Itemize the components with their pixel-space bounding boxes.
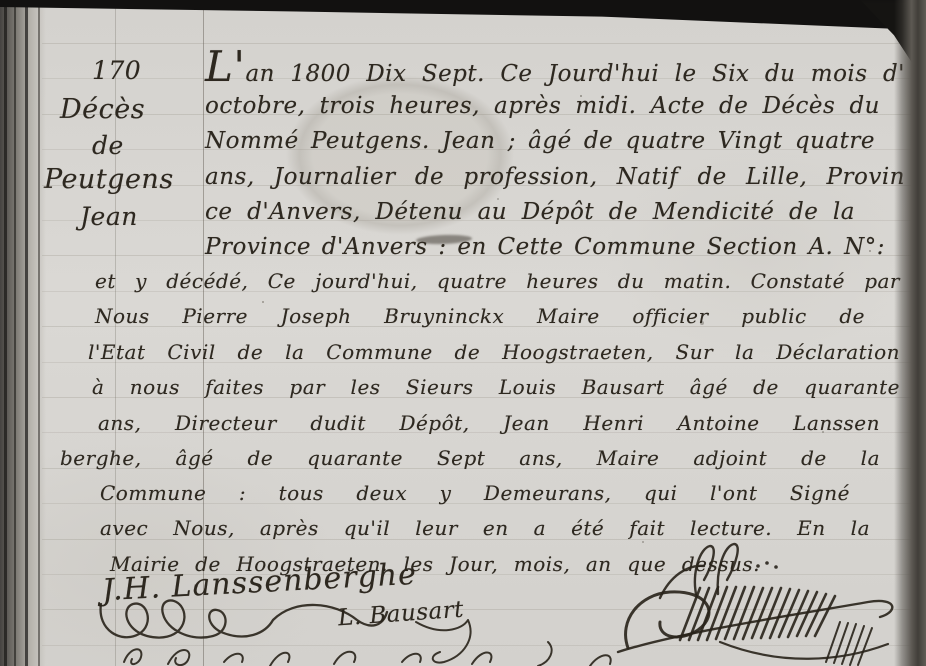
record-line-8: Nous Pierre Joseph Bruyninckx Maire offi… [95, 305, 865, 328]
margin-word-de: de [92, 132, 124, 161]
record-line-11: ans, Directeur dudit Dépôt, Jean Henri A… [98, 412, 880, 435]
record-line-7: et y décédé, Ce jourd'hui, quatre heures… [95, 270, 900, 293]
record-line-3: Nommé Peutgens. Jean ; âgé de quatre Vin… [205, 128, 875, 154]
record-line-9: l'Etat Civil de la Commune de Hoogstraet… [88, 341, 900, 364]
record-line-4: ans, Journalier de profession, Natif de … [205, 164, 905, 190]
page-right-edge [894, 0, 926, 666]
binding-streak [4, 0, 7, 666]
binding-streak [14, 0, 16, 666]
record-line-6: Province d'Anvers : en Cette Commune Sec… [205, 234, 885, 260]
record-line-12: berghe, âgé de quarante Sept ans, Maire … [60, 447, 880, 470]
record-line-2: octobre, trois heures, après midi. Acte … [205, 93, 880, 119]
margin-word-deces: Décès [60, 94, 145, 125]
margin-word-surname: Peutgens [44, 164, 174, 195]
binding-streak [25, 0, 28, 666]
record-line-5: ce d'Anvers, Détenu au Dépôt de Mendicit… [205, 199, 855, 225]
register-page-scan: 170 Décès de Peutgens Jean L'an 1800 Dix… [0, 0, 926, 666]
page-top-edge [0, 0, 926, 32]
horizontal-rule [42, 43, 920, 44]
next-entry-cutoff-strokes [120, 640, 700, 666]
margin-word-firstname: Jean [80, 203, 138, 232]
record-line-13: Commune : tous deux y Demeurans, qui l'o… [100, 482, 850, 505]
record-line-1: L'an 1800 Dix Sept. Ce Jourd'hui le Six … [205, 56, 905, 87]
act-number: 170 [92, 57, 141, 86]
record-line-10: à nous faites par les Sieurs Louis Bausa… [92, 376, 900, 399]
book-binding-left [0, 0, 46, 666]
page-left-edge [38, 0, 40, 666]
